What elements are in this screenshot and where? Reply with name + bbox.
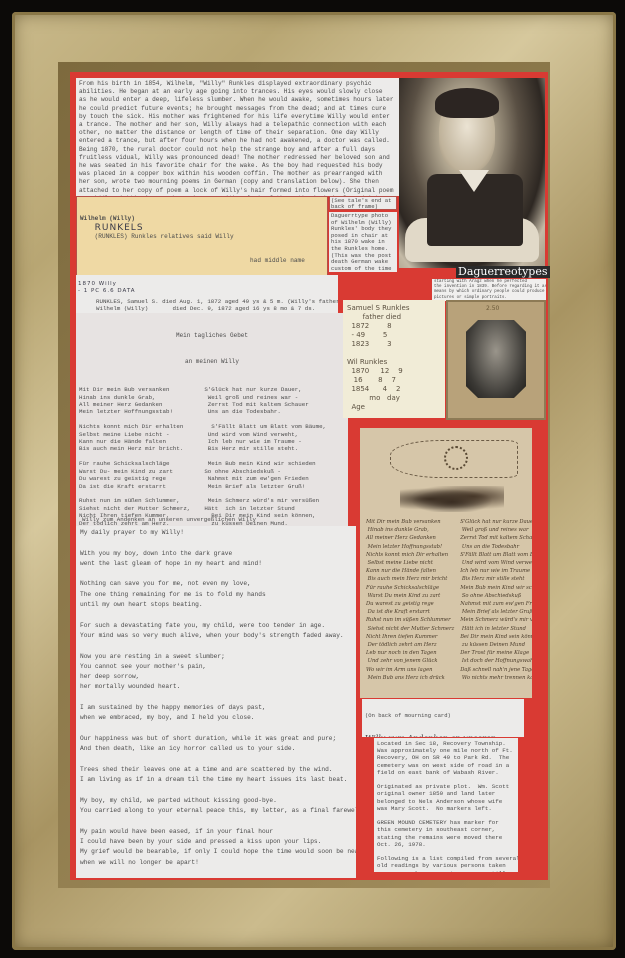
- poem-line: [204, 416, 326, 423]
- photo-caption-note: Daguerrtype photoof Wilhelm (Willy)Runkl…: [329, 212, 397, 272]
- cemetery-line: years ago when some stones were still: [377, 870, 515, 872]
- manuscript-line: Mein Bub mein Kind wir schieden: [460, 584, 532, 592]
- manuscript-line: S'Glück hat nur kurze Dauer: [460, 518, 532, 526]
- death-records-sheet: 1870 Willy- 1 PC 6.6 DATA RUNKLES, Samue…: [76, 275, 338, 313]
- poem-line: when we embraced, my boy, and I held you…: [80, 713, 352, 723]
- poem-line: her deep sorrow,: [80, 672, 352, 682]
- biography-line: Being 1870, the rural doctor could not h…: [79, 146, 397, 154]
- poem-line: Mein letzter Hoffnungsstab!: [79, 408, 190, 415]
- poem-line: With you my boy, down into the dark grav…: [80, 549, 352, 559]
- manuscript-line: Bis auch mein Herz mir bricht: [366, 575, 454, 583]
- poem-line: The one thing remaining for me is to fol…: [80, 590, 352, 600]
- manuscript-line: Ich leb nur wie im Traume: [460, 567, 532, 575]
- poem-line: You cannot see your mother's pain,: [80, 662, 352, 672]
- ledger-line: Wil Runkles: [347, 358, 441, 367]
- manuscript-line: Warst Du mein Kind zu zart: [366, 592, 454, 600]
- poem-line: Bis auch mein Herz mir bricht.: [79, 445, 190, 452]
- death-record-line: RUNKLES, Samuel S. died Aug. 1, 1872 age…: [96, 298, 336, 305]
- poem-line: Mit Dir mein Bub versanken: [79, 386, 190, 393]
- ledger-line: [347, 349, 441, 358]
- daguerreotypes-heading: Daguerreotypes: [456, 266, 550, 278]
- german-poem-footer: Willy zum Andenken an unseren unvergeßli…: [82, 516, 256, 524]
- ledger-line: 1870 12 9: [347, 367, 441, 376]
- poem-line: [204, 490, 326, 497]
- poem-line: [80, 693, 352, 703]
- poem-line: [204, 453, 326, 460]
- manuscript-line: Der Trost für meine Klage: [460, 649, 532, 657]
- manuscript-line: Mein Schmerz würd's mir versüßen: [460, 616, 532, 624]
- poem-line: Your mind was so very much alive, when y…: [80, 631, 352, 641]
- cemetery-line: field on east bank of Wabash River.: [377, 769, 515, 776]
- poem-line: S'Glück hat nur kurze Dauer,: [204, 386, 326, 393]
- poem-line: For such a devastating fate you, my chil…: [80, 621, 352, 631]
- margin-note: - 1 PC 6.6 DATA: [78, 288, 136, 295]
- poem-line: [80, 868, 352, 878]
- post-mortem-photograph: [399, 78, 545, 268]
- poem-line: Mein Bub mein Kind wir schieden: [204, 460, 326, 467]
- poem-line: her mortally wounded heart.: [80, 682, 352, 692]
- poem-line: Weil groß und reines war -: [204, 394, 326, 401]
- manuscript-line: Hätt ich in letzter Stund: [460, 625, 532, 633]
- manuscript-line: Ruhst nun im süßen Schlummer: [366, 616, 454, 624]
- cemetery-line: Was approximately one mile north of Ft.: [377, 747, 515, 754]
- german-poem-right-column: S'Glück hat nur kurze Dauer, Weil groß u…: [204, 386, 326, 526]
- poem-line: when we will no longer be apart!: [80, 858, 352, 868]
- poem-line: Zerrst Tod mit kaltem Schauer: [204, 401, 326, 408]
- poem-line: Mein Brief als letzter Gruß!: [204, 483, 326, 490]
- poem-line: [79, 453, 190, 460]
- poem-line: [80, 538, 352, 548]
- poem-line: So ohne Abschiedskuß -: [204, 468, 326, 475]
- biography-line: fruitless vidual, Willy was pronounced d…: [79, 154, 397, 162]
- poem-line: Hinab ins dunkle Grab,: [79, 394, 190, 401]
- cemetery-line: [377, 848, 515, 855]
- manuscript-line: All meiner Herz Gedanken: [366, 534, 454, 542]
- manuscript-line: Bis Herz mir stille steht: [460, 575, 532, 583]
- ledger-line: father died: [347, 313, 441, 322]
- poem-line: Selbst meine Liebe nicht -: [79, 431, 190, 438]
- ledger-line: - 49 5: [347, 331, 441, 340]
- ledger-line: 16 8 7: [347, 376, 441, 385]
- poem-line: [80, 816, 352, 826]
- biography-line: was placed in a copper box within his wo…: [79, 170, 397, 178]
- ledger-line: Samuel S Runkles: [347, 304, 441, 313]
- cemetery-line: original owner 1850 and land later: [377, 790, 515, 797]
- manuscript-line: Mein Bub ans Herz ich drück: [366, 674, 454, 682]
- poem-line: Nothing can save you for me, not even my…: [80, 579, 352, 589]
- caption-line: means by which ordinary people could pro…: [434, 290, 544, 295]
- manuscript-line: Für rauhe Schicksalschläge: [366, 584, 454, 592]
- cemetery-line: cemetery was on west side of road in a: [377, 762, 515, 769]
- poem-line: You carried along to your eternal peace …: [80, 806, 352, 816]
- cemetery-line: Recovery, OH on SR 49 to Park Rd. The: [377, 754, 515, 761]
- biography-line: by touch the sick. His mother was fright…: [79, 113, 397, 121]
- biography-line: other, no matter the distance or length …: [79, 129, 397, 137]
- manuscript-line: Kann nur die Hände falten: [366, 567, 454, 575]
- note-middle-name: had middle name: [80, 257, 324, 265]
- manuscript-line: So ohne Abschiedskuß: [460, 592, 532, 600]
- note-name: Wilhelm (Willy): [80, 215, 135, 222]
- manuscript-line: Der tödlich zehrt am Herz: [366, 641, 454, 649]
- manuscript-line: Selbst meine Liebe nicht: [366, 559, 454, 567]
- cemetery-line: stating the remains were moved there: [377, 834, 515, 841]
- poem-line: Uns an die Todesbahr.: [204, 408, 326, 415]
- biography-typed-sheet: From his birth in 1854, Wilhelm, "Willy"…: [76, 78, 400, 196]
- biography-line: a trance. The mother and her son, Willy …: [79, 121, 397, 129]
- poem-line: Ruhst nun im süßen Schlummer,: [79, 497, 190, 504]
- manuscript-line: Und wird vom Wind verweht: [460, 559, 532, 567]
- cemetery-line: belonged to Nels Anderson whose wife: [377, 798, 515, 805]
- poem-line: [80, 724, 352, 734]
- poem-line: [79, 490, 190, 497]
- side-note-line: back of frame): [331, 204, 395, 210]
- manuscript-line: Uns an die Todesbahr: [460, 543, 532, 551]
- octagonal-portrait: [466, 320, 526, 398]
- manuscript-line: Ist doch der Hoffnungswahn: [460, 657, 532, 665]
- small-daguerreotype-case: 2.50: [446, 300, 546, 420]
- poem-line: Hätt ich in letzter Stund: [204, 505, 326, 512]
- cemetery-line: GREEN MOUND CEMETERY has marker for: [377, 819, 515, 826]
- biography-line: abilities. He began at an early age goin…: [79, 88, 397, 96]
- manuscript-line: Bei Dir mein Kind sein können: [460, 633, 532, 641]
- poem-line: I am sustained by the happy memories of …: [80, 703, 352, 713]
- poem-line: Kann nur die Hände falten: [79, 438, 190, 445]
- daguerreotype-price-label: 2.50: [486, 305, 499, 312]
- card-back-label: (On back of mourning card): [365, 713, 521, 720]
- cemetery-line: Originated as private plot. Wm. Scott: [377, 783, 515, 790]
- manuscript-line: Und zehr von jenem Glück: [366, 657, 454, 665]
- manuscript-line: Nicht Ihren tiefen Kummer: [366, 633, 454, 641]
- cemetery-line: this cemetery in southeast corner,: [377, 826, 515, 833]
- manuscript-line: Da ist die Kraft erstarrt: [366, 608, 454, 616]
- biography-line: her son, wrote two mourning poems in Ger…: [79, 178, 397, 186]
- poem-line: My boy, my child, we parted without kiss…: [80, 796, 352, 806]
- manuscript-line: Leb nur noch in den Tagen: [366, 649, 454, 657]
- photo-hair: [435, 88, 499, 118]
- margin-note: 1870 Willy: [78, 281, 136, 288]
- manuscript-line: Wo nichts mehr trennen kann: [460, 674, 532, 682]
- see-tale-end-note: (See tale's end atback of frame): [329, 196, 397, 210]
- manuscript-line: Mit Dir mein Bub versanken: [366, 518, 454, 526]
- ledger-line: 1872 8: [347, 322, 441, 331]
- biography-line: attached to her copy of poem a lock of W…: [79, 187, 397, 195]
- poem-line: [79, 416, 190, 423]
- hair-flowers: [400, 486, 504, 512]
- poem-line: I could have been by your side and press…: [80, 837, 352, 847]
- ledger-line: 1823 3: [347, 340, 441, 349]
- biography-line: he was seated in his favorite chair for …: [79, 162, 397, 170]
- poem-line: [80, 641, 352, 651]
- poem-line: [80, 785, 352, 795]
- poem-line: Trees shed their leaves one at a time an…: [80, 765, 352, 775]
- poem-line: went the last gleam of hope in my heart …: [80, 559, 352, 569]
- manuscript-left-column: Mit Dir mein Bub versanken Hinab ins dun…: [366, 518, 454, 682]
- cemetery-line: [377, 812, 515, 819]
- original-mourning-poem-with-hair: Mit Dir mein Bub versanken Hinab ins dun…: [360, 428, 532, 698]
- note-handwritten-name: RUNKELS: [95, 223, 144, 233]
- poem-line: [80, 569, 352, 579]
- poem-line: Bis Herz mir stille steht.: [204, 445, 326, 452]
- manuscript-line: Siehst nicht der Mutter Schmerz: [366, 625, 454, 633]
- poem-line: Our happiness was but of short duration,…: [80, 734, 352, 744]
- poem-line: Ich leb nur wie im Traume -: [204, 438, 326, 445]
- mourning-card-back: (On back of mourning card) Willy zum And…: [362, 699, 524, 737]
- poem-line: All meiner Herz Gedanken: [79, 401, 190, 408]
- wreath-drawing: [444, 446, 468, 470]
- cemetery-location-note: Located in Sec 18, Recovery Township.Was…: [374, 738, 518, 872]
- handwritten-age-calculation: Samuel S Runkles father died 1872 8 - 49…: [343, 300, 445, 418]
- poem-line: until my own heart stops beating.: [80, 600, 352, 610]
- manuscript-line: Du warest zu geistig rege: [366, 600, 454, 608]
- cemetery-line: [377, 776, 515, 783]
- manuscript-line: Mein letzter Hoffnungsstab!: [366, 543, 454, 551]
- cemetery-line: old readings by various persons taken: [377, 862, 515, 869]
- poem-line: My daily prayer to my Willy!: [80, 528, 352, 538]
- poem-line: My pain would have been eased, if in you…: [80, 827, 352, 837]
- ledger-line: Age: [347, 403, 441, 412]
- poem-line: Du warest zu geistig rege: [79, 475, 190, 482]
- biography-line: as he would enter a deep, lifeless slumb…: [79, 96, 397, 104]
- poem-line: Mein Schmerz würd's mir versüßen: [204, 497, 326, 504]
- biography-line: he could predict future events; he broug…: [79, 105, 397, 113]
- manuscript-line: Hinab ins dunkle Grab,: [366, 526, 454, 534]
- poem-line: Für rauhe Schicksalschläge: [79, 460, 190, 467]
- poem-line: S'Fällt Blatt um Blatt vom Bäume,: [204, 423, 326, 430]
- manuscript-line: Nahmst mit zum ew'gen Frieden: [460, 600, 532, 608]
- handwritten-line: Willy zum Andenken an unseren: [365, 733, 521, 738]
- poem-line: Nahmst mit zum ew'gen Frieden: [204, 475, 326, 482]
- english-translation-sheet: My daily prayer to my Willy! With you my…: [76, 526, 356, 878]
- genealogy-note-card: Wilhelm (Willy) RUNKELS (RUNKLES) Runkle…: [76, 196, 328, 276]
- manuscript-line: zu küssen Deinen Mund: [460, 641, 532, 649]
- manuscript-line: Mein Brief als letzter Gruß: [460, 608, 532, 616]
- poem-line: [80, 610, 352, 620]
- biography-line: From his birth in 1854, Wilhelm, "Willy"…: [79, 80, 397, 88]
- poem-line: Und wird vom Wind verweht,: [204, 431, 326, 438]
- cemetery-line: was Mary Scott. No markers left.: [377, 805, 515, 812]
- german-poem-title: Mein tagliches Gebet: [79, 331, 345, 340]
- poem-line: [80, 755, 352, 765]
- poem-line: And then death, like an icy horror calle…: [80, 744, 352, 754]
- note-relatives: (RUNKLES) Runkles relatives said Willy: [95, 233, 234, 240]
- manuscript-right-column: S'Glück hat nur kurze Dauer Weil groß un…: [460, 518, 532, 682]
- poem-line: Siehst nicht der Mutter Schmerz,: [79, 505, 190, 512]
- manuscript-line: Nichts konnt mich Dir erhalten: [366, 551, 454, 559]
- biography-line: entered a trance, but after four hours w…: [79, 137, 397, 145]
- manuscript-line: Zerrst Tod mit kaltem Schauer: [460, 534, 532, 542]
- card-back-handwriting: Willy zum Andenken an unserenunvergeßlic…: [365, 733, 521, 738]
- german-poem-left-column: Mit Dir mein Bub versankenHinab ins dunk…: [79, 386, 190, 526]
- poem-line: Now you are resting in a sweet slumber;: [80, 652, 352, 662]
- cemetery-line: Following is a list compiled from severa…: [377, 855, 515, 862]
- poem-line: Warst Du- mein Kind zu zart: [79, 468, 190, 475]
- cemetery-line: Located in Sec 18, Recovery Township.: [377, 740, 515, 747]
- manuscript-line: S'Fällt Blatt um Blatt vom Bäume: [460, 551, 532, 559]
- ledger-line: mo day: [347, 394, 441, 403]
- death-record-line: Wilhelm (Willy) died Dec. 9, 1872 aged 1…: [96, 305, 336, 312]
- cemetery-line: Oct. 26, 1978.: [377, 841, 515, 848]
- manuscript-line: Wo wir im Arm uns lagen: [366, 666, 454, 674]
- daguerreotypes-caption: starting with Aragz when he perfectedthe…: [432, 279, 546, 301]
- poem-line: Da ist die Kraft erstarrt: [79, 483, 190, 490]
- poem-line: My grief would be bearable, if only I co…: [80, 847, 352, 857]
- ledger-line: 1854 4 2: [347, 385, 441, 394]
- manuscript-line: Daß schnell nah'n jene Tage: [460, 666, 532, 674]
- poem-line: I am living as if in a dream til the tim…: [80, 775, 352, 785]
- manuscript-line: Weil groß und reines war: [460, 526, 532, 534]
- poem-line: Nichts konnt mich Dir erhalten: [79, 423, 190, 430]
- german-poem-sheet: Mein tagliches Gebet an meinen Willy Mit…: [76, 313, 348, 526]
- german-poem-subtitle: an meinen Willy: [79, 357, 345, 366]
